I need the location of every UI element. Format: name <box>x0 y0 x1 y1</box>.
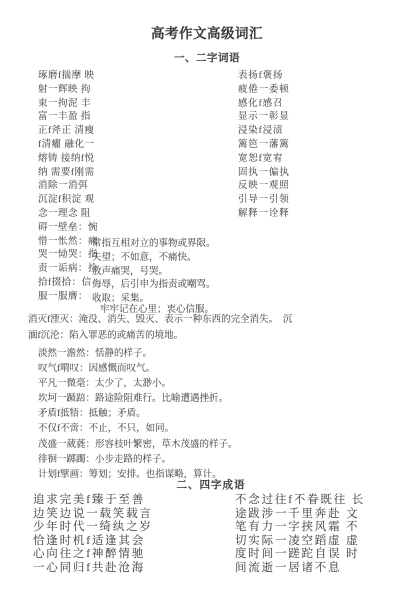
word-definition-line: 矛盾f抵牾：抵触；矛盾。 <box>38 407 238 422</box>
word-pair-line: 疲倦一委顿 <box>238 84 290 98</box>
word-pair-line: 正f斧正 清瘦 <box>38 125 98 139</box>
word-pair-line: 消除一消弭 <box>38 180 98 194</box>
idiom-pair-line: 间流逝一居诸不息 <box>235 562 365 576</box>
document-page: 高考作文高级词汇 一、二字词语 琢磨f揣摩 映射一辉映 拘束一拘泥 丰富一丰盈 … <box>0 0 414 600</box>
word-pair-line: 哭一恸哭：指 <box>38 249 98 263</box>
word-pair-line: 富一丰盈 指 <box>38 111 98 125</box>
word-pair-line: 显示一彰显 <box>238 111 290 125</box>
two-char-left-column: 琢磨f揣摩 映射一辉映 拘束一拘泥 丰富一丰盈 指正f斧正 清瘦f清癯 融化一熔… <box>38 70 98 305</box>
idiom-pair-line: 追求完美f臻于至善 <box>33 494 153 508</box>
definition-line: 失望；不如意，不痛快。 <box>92 252 216 266</box>
word-pair-line: 反映一观照 <box>238 180 290 194</box>
word-pair-line: 感化f感召 <box>238 98 290 112</box>
idiom-pair-line: 边笑边说一载笑载言 <box>33 508 153 522</box>
word-definition-line: 叹气f喟叹：因感慨而叹气。 <box>38 362 238 377</box>
idiom-pair-line: 恰逢时机f适逢其会 <box>33 535 153 549</box>
word-definition-line: 淡然一澹然：恬静的样子。 <box>38 347 238 362</box>
definition-line: 侮辱，后引申为指责或嘲骂。 <box>92 279 216 293</box>
word-pair-line: 惜一怅然：痛 <box>38 236 98 250</box>
word-definition-line: 茂盛一葳蕤：形容枝叶繁密，草木茂盛的样子。 <box>38 438 238 453</box>
word-definition-line: 徘徊一踯躅：小步走路的样子。 <box>38 453 238 468</box>
idiom-pair-line: 不念过往f不眷既往 长 <box>235 494 365 508</box>
word-definition-line: 平凡一微毫：太少了，太渺小。 <box>38 377 238 392</box>
word-pair-line: 碍一壁垒：惋 <box>38 222 98 236</box>
word-pair-line: 琢磨f揣摩 映 <box>38 70 98 84</box>
section-heading-two-char-words: 一、二字词语 <box>0 50 414 65</box>
definition-line: 放声痛哭，号哭。 <box>92 266 216 280</box>
section-heading-four-char-idioms: 二、四字成语 <box>0 477 414 492</box>
word-pair-line: 解释一诠释 <box>238 208 290 222</box>
word-pair-line: 表扬f褒扬 <box>238 70 290 84</box>
word-pair-line: 服一服膺： <box>38 291 98 305</box>
idiom-pair-line: 途跋涉一千里奔赴 文 <box>235 508 365 522</box>
wrapped-definition-line: 湎f沉沦：陷入罪恶的或痛苦的境地。 <box>28 331 183 342</box>
word-pair-line: 束一拘泥 丰 <box>38 98 98 112</box>
word-pair-line: 责一诟病：捡 <box>38 263 98 277</box>
word-pair-line: 熔铸 接纳f悦 <box>38 153 98 167</box>
definition-column: 常指互相对立的事物或界限。失望；不如意，不痛快。放声痛哭，号哭。侮辱，后引申为指… <box>92 238 216 307</box>
idiom-pair-line: 心向往之f神醉情驰 <box>33 548 153 562</box>
word-definition-line: 坎坷一踬踣：路途险阻难行。比喻遭遇挫折。 <box>38 392 238 407</box>
page-title: 高考作文高级词汇 <box>0 22 414 42</box>
word-pair-line: 念一理念 阻 <box>38 208 98 222</box>
word-pair-line: 固执一偏执 <box>238 167 290 181</box>
idiom-pair-line: 笔有力一字挟风霜 不 <box>235 521 365 535</box>
idiom-pair-line: 切实际一凌空蹈虚 虚 <box>235 535 365 549</box>
definition-line: 常指互相对立的事物或界限。 <box>92 238 216 252</box>
word-pair-line: 纳 需要f刚需 <box>38 167 98 181</box>
word-definition-line: 不仅f不啻：不止，不只，如同。 <box>38 422 238 437</box>
word-pair-line: 宽恕f宽宥 <box>238 153 290 167</box>
word-pair-line: 篱笆一藩篱 <box>238 139 290 153</box>
wrapped-definition-line: 消灭f湮灭：淹没、消失、毁灭、表示一种东西的完全消失。 沉 <box>28 315 292 326</box>
two-char-right-column: 表扬f褒扬疲倦一委顿感化f感召显示一彰显浸染f浸渍篱笆一藩篱宽恕f宽宥固执一偏执… <box>238 70 290 222</box>
idiom-pair-line: 一心同归f共赴沧海 <box>33 562 153 576</box>
four-char-left-column: 追求完美f臻于至善边笑边说一载笑载言少年时代一绮纨之岁恰逢时机f适逢其会心向往之… <box>33 494 153 576</box>
idiom-pair-line: 少年时代一绮纨之岁 <box>33 521 153 535</box>
idiom-pair-line: 度时间一蹉跎自误 时 <box>235 548 365 562</box>
word-pair-line: 沉淀f积淀 观 <box>38 194 98 208</box>
word-pair-line: 射一辉映 拘 <box>38 84 98 98</box>
four-char-right-column: 不念过往f不眷既往 长途跋涉一千里奔赴 文笔有力一字挟风霜 不切实际一凌空蹈虚 … <box>235 494 365 576</box>
word-pair-line: 浸染f浸渍 <box>238 125 290 139</box>
word-pair-line: 引导一引领 <box>238 194 290 208</box>
word-pair-line: f清癯 融化一 <box>38 139 98 153</box>
two-char-definition-list: 淡然一澹然：恬静的样子。叹气f喟叹：因感慨而叹气。平凡一微毫：太少了，太渺小。坎… <box>38 347 238 483</box>
word-pair-line: 拾f掇拾：信 <box>38 277 98 291</box>
